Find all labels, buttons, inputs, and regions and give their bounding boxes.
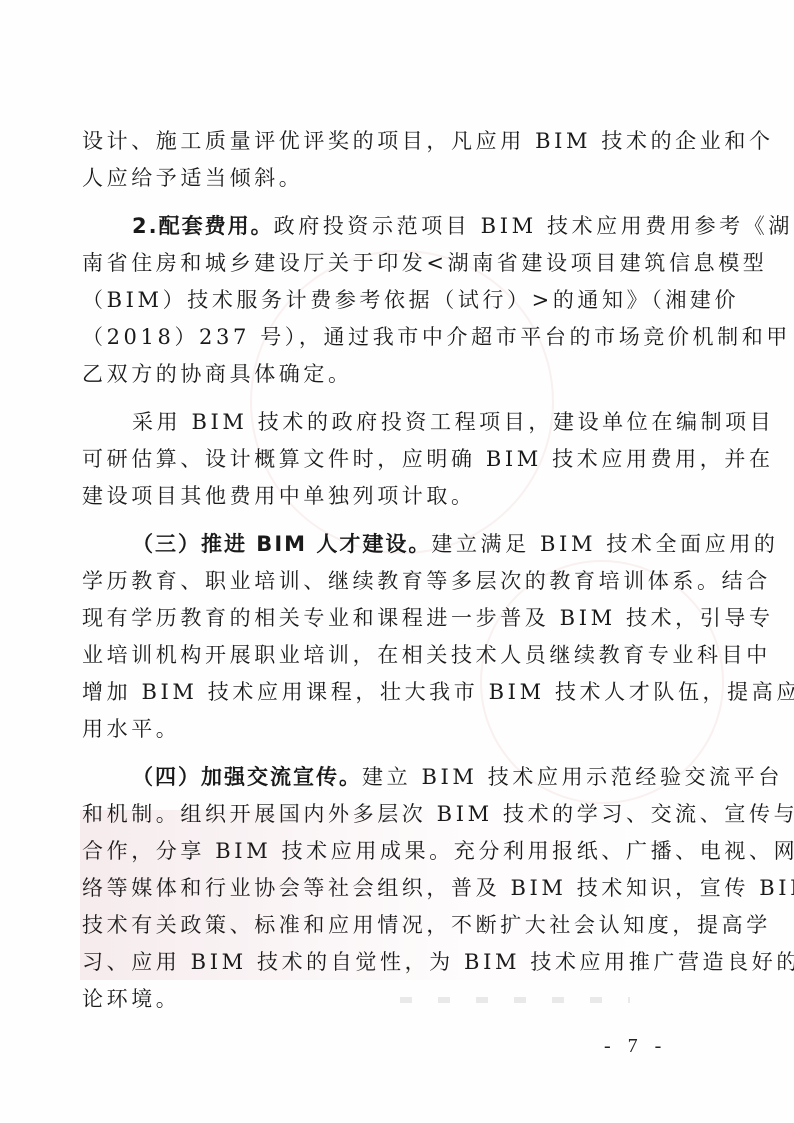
paragraph-supporting-fees: 2.配套费用。政府投资示范项目 BIM 技术应用费用参考《湖 南省住房和城乡建设… — [82, 211, 662, 396]
text-line: 现有学历教育的相关专业和课程进一步普及 BIM 技术，引导专 — [82, 603, 662, 640]
text-line: 学历教育、职业培训、继续教育等多层次的教育培训体系。结合 — [82, 566, 662, 603]
text-line: 建设项目其他费用中单独列项计取。 — [82, 481, 662, 518]
document-body: 设计、施工质量评优评奖的项目，凡应用 BIM 技术的企业和个 人应给予适当倾斜。… — [82, 126, 662, 1032]
text-line: 乙双方的协商具体确定。 — [82, 359, 662, 396]
text-span: 政府投资示范项目 BIM 技术应用费用参考《湖 — [274, 214, 793, 238]
text-span: 建立满足 BIM 技术全面应用的 — [431, 532, 778, 556]
text-line: （2018）237 号），通过我市中介超市平台的市场竞价机制和甲 — [82, 322, 662, 359]
text-line: 可研估算、设计概算文件时，应明确 BIM 技术应用费用，并在 — [82, 444, 662, 481]
text-span: 建立 BIM 技术应用示范经验交流平台 — [362, 765, 783, 789]
text-line: 2.配套费用。政府投资示范项目 BIM 技术应用费用参考《湖 — [82, 211, 662, 248]
text-line: （BIM）技术服务计费参考依据（试行）>的通知》（湘建价 — [82, 285, 662, 322]
document-page: 设计、施工质量评优评奖的项目，凡应用 BIM 技术的企业和个 人应给予适当倾斜。… — [0, 0, 794, 1123]
text-line: 络等媒体和行业协会等社会组织，普及 BIM 技术知识，宣传 BIM — [82, 873, 662, 910]
text-line: 用水平。 — [82, 714, 662, 751]
page-number: - 7 - — [604, 1035, 667, 1058]
text-line: 和机制。组织开展国内外多层次 BIM 技术的学习、交流、宣传与 — [82, 799, 662, 836]
section-heading: 2.配套费用。 — [132, 214, 274, 238]
text-line: 南省住房和城乡建设厅关于印发<湖南省建设项目建筑信息模型 — [82, 248, 662, 285]
paragraph-budget-listing: 采用 BIM 技术的政府投资工程项目，建设单位在编制项目 可研估算、设计概算文件… — [82, 407, 662, 518]
paragraph-evaluation-preference: 设计、施工质量评优评奖的项目，凡应用 BIM 技术的企业和个 人应给予适当倾斜。 — [82, 126, 662, 200]
section-heading: （四）加强交流宣传。 — [132, 765, 362, 789]
text-line: 设计、施工质量评优评奖的项目，凡应用 BIM 技术的企业和个 — [82, 126, 662, 163]
paragraph-talent-building: （三）推进 BIM 人才建设。建立满足 BIM 技术全面应用的 学历教育、职业培… — [82, 529, 662, 751]
text-line: （四）加强交流宣传。建立 BIM 技术应用示范经验交流平台 — [82, 762, 662, 799]
text-line: 技术有关政策、标准和应用情况，不断扩大社会认知度，提高学 — [82, 910, 662, 947]
text-line: 合作，分享 BIM 技术应用成果。充分利用报纸、广播、电视、网 — [82, 836, 662, 873]
section-heading: （三）推进 BIM 人才建设。 — [132, 532, 431, 556]
paragraph-exchange-promotion: （四）加强交流宣传。建立 BIM 技术应用示范经验交流平台 和机制。组织开展国内… — [82, 762, 662, 1021]
text-line: 人应给予适当倾斜。 — [82, 163, 662, 200]
text-line: 采用 BIM 技术的政府投资工程项目，建设单位在编制项目 — [82, 407, 662, 444]
text-line: 业培训机构开展职业培训，在相关技术人员继续教育专业科目中 — [82, 640, 662, 677]
text-line: （三）推进 BIM 人才建设。建立满足 BIM 技术全面应用的 — [82, 529, 662, 566]
text-line: 习、应用 BIM 技术的自觉性，为 BIM 技术应用推广营造良好的舆 — [82, 947, 662, 984]
scan-artifact — [400, 997, 630, 1003]
text-line: 增加 BIM 技术应用课程，壮大我市 BIM 技术人才队伍，提高应 — [82, 677, 662, 714]
